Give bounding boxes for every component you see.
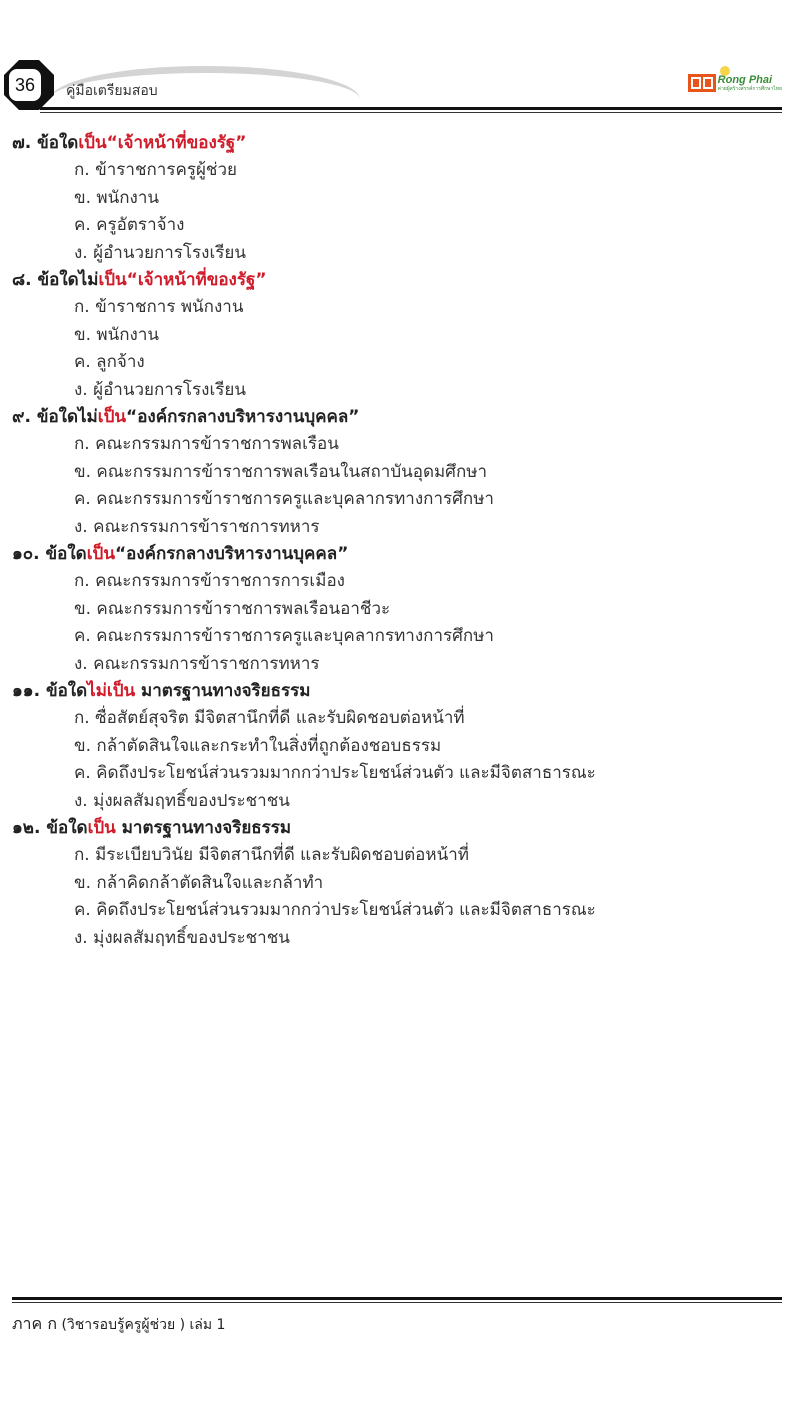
answer-option: ก. มีระเบียบวินัย มีจิตสานึกที่ดี และรับ… xyxy=(12,842,792,870)
answer-option: ค. คิดถึงประโยชน์ส่วนรวมมากกว่าประโยชน์ส… xyxy=(12,897,792,925)
answer-option: ก. ข้าราชการ พนักงาน xyxy=(12,294,792,322)
publisher-logo: Rong Phai ค่ายผู้สร้างสรรค์การศึกษาไทย xyxy=(688,74,782,92)
question-list: ๗. ข้อใดเป็น“เจ้าหน้าที่ของรัฐ” ก. ข้ารา… xyxy=(12,130,792,952)
question-12: ๑๒. ข้อใดเป็น มาตรฐานทางจริยธรรม ก. มีระ… xyxy=(12,815,792,952)
question-11: ๑๑. ข้อใดไม่เป็น มาตรฐานทางจริยธรรม ก. ซ… xyxy=(12,678,792,815)
question-emphasis: เป็น xyxy=(98,407,126,427)
answer-option: ง. คณะกรรมการข้าราชการทหาร xyxy=(12,514,792,542)
answer-option: ข. พนักงาน xyxy=(12,185,792,213)
logo-name: Rong Phai xyxy=(718,75,782,86)
answer-option: ง. ผู้อำนวยการโรงเรียน xyxy=(12,240,792,268)
header-rule-thin xyxy=(40,112,782,113)
answer-option: ข. พนักงาน xyxy=(12,322,792,350)
answer-option: ค. ครูอัตราจ้าง xyxy=(12,212,792,240)
question-title: ๘. ข้อใดไม่เป็น“เจ้าหน้าที่ของรัฐ” xyxy=(12,267,792,294)
header-rule xyxy=(40,107,782,110)
logo-subtitle: ค่ายผู้สร้างสรรค์การศึกษาไทย xyxy=(718,87,782,92)
question-title: ๑๐. ข้อใดเป็น“องค์กรกลางบริหารงานบุคคล” xyxy=(12,541,792,568)
page-header: 36 คู่มือเตรียมสอบ Rong Phai ค่ายผู้สร้า… xyxy=(0,60,800,120)
question-emphasis: เป็น“เจ้าหน้าที่ของรัฐ” xyxy=(98,270,266,290)
answer-option: ค. ลูกจ้าง xyxy=(12,349,792,377)
question-9: ๙. ข้อใดไม่เป็น“องค์กรกลางบริหารงานบุคคล… xyxy=(12,404,792,541)
answer-option: ก. คณะกรรมการข้าราชการพลเรือน xyxy=(12,431,792,459)
answer-option: ข. กล้าตัดสินใจและกระทำในสิ่งที่ถูกต้องช… xyxy=(12,733,792,761)
logo-mark-icon xyxy=(688,74,716,92)
answer-option: ค. คณะกรรมการข้าราชการครูและบุคลากรทางกา… xyxy=(12,623,792,651)
answer-option: ก. ข้าราชการครูผู้ช่วย xyxy=(12,157,792,185)
answer-option: ก. ซื่อสัตย์สุจริต มีจิตสานึกที่ดี และรั… xyxy=(12,705,792,733)
question-emphasis: เป็น xyxy=(87,544,115,564)
answer-option: ข. คณะกรรมการข้าราชการพลเรือนอาชีวะ xyxy=(12,596,792,624)
question-title: ๑๒. ข้อใดเป็น มาตรฐานทางจริยธรรม xyxy=(12,815,792,842)
footer-caption: ภาค ก (วิชารอบรู้ครูผู้ช่วย ) เล่ม 1 xyxy=(12,1312,225,1337)
answer-option: ก. คณะกรรมการข้าราชการการเมือง xyxy=(12,568,792,596)
question-8: ๘. ข้อใดไม่เป็น“เจ้าหน้าที่ของรัฐ” ก. ข้… xyxy=(12,267,792,404)
answer-option: ง. ผู้อำนวยการโรงเรียน xyxy=(12,377,792,405)
question-emphasis: เป็น“เจ้าหน้าที่ของรัฐ” xyxy=(78,133,246,153)
question-title: ๙. ข้อใดไม่เป็น“องค์กรกลางบริหารงานบุคคล… xyxy=(12,404,792,431)
sun-icon xyxy=(720,66,730,76)
question-title: ๗. ข้อใดเป็น“เจ้าหน้าที่ของรัฐ” xyxy=(12,130,792,157)
answer-option: ค. คิดถึงประโยชน์ส่วนรวมมากกว่าประโยชน์ส… xyxy=(12,760,792,788)
question-emphasis: ไม่เป็น xyxy=(87,681,135,701)
answer-option: ง. มุ่งผลสัมฤทธิ์ของประชาชน xyxy=(12,925,792,953)
answer-option: ข. กล้าคิดกล้าตัดสินใจและกล้าทำ xyxy=(12,870,792,898)
footer-rule-thin xyxy=(12,1302,782,1303)
page-number: 36 xyxy=(9,69,41,101)
footer-rule xyxy=(12,1297,782,1300)
footer-title: (วิชารอบรู้ครูผู้ช่วย ) เล่ม 1 xyxy=(57,1317,225,1333)
answer-option: ข. คณะกรรมการข้าราชการพลเรือนในสถาบันอุด… xyxy=(12,459,792,487)
question-7: ๗. ข้อใดเป็น“เจ้าหน้าที่ของรัฐ” ก. ข้ารา… xyxy=(12,130,792,267)
question-emphasis: เป็น xyxy=(88,818,116,838)
header-title: คู่มือเตรียมสอบ xyxy=(66,80,158,102)
question-10: ๑๐. ข้อใดเป็น“องค์กรกลางบริหารงานบุคคล” … xyxy=(12,541,792,678)
answer-option: ง. คณะกรรมการข้าราชการทหาร xyxy=(12,651,792,679)
answer-option: ค. คณะกรรมการข้าราชการครูและบุคลากรทางกา… xyxy=(12,486,792,514)
question-title: ๑๑. ข้อใดไม่เป็น มาตรฐานทางจริยธรรม xyxy=(12,678,792,705)
footer-section: ภาค ก xyxy=(12,1314,57,1333)
answer-option: ง. มุ่งผลสัมฤทธิ์ของประชาชน xyxy=(12,788,792,816)
